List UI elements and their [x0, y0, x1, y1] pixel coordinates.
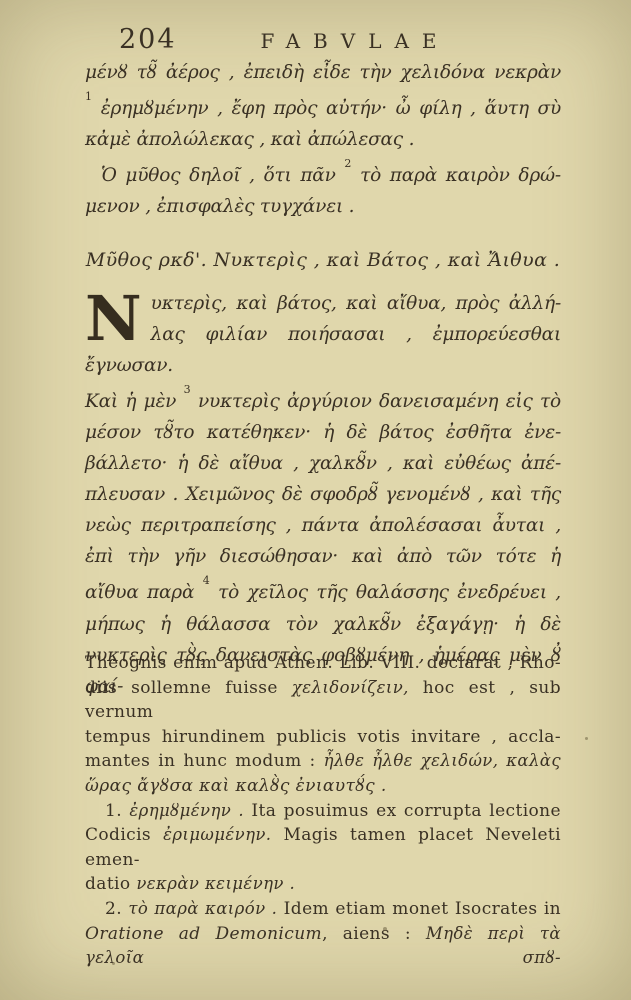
text-line: ἐπὶ τὴν γῆν διεσώθησαν· καὶ ἀπὸ τῶν τότε… [85, 541, 561, 572]
text-line: βάλλετο· ἡ δὲ αἴθυα , χαλκȣ̃ν , καὶ εὐθέ… [85, 448, 561, 479]
footnote-line: ὥρας ἄγȣσα καὶ καλȣ̀ς ἐνιαυτȣ́ς . [85, 774, 561, 799]
footnote-number: 1. [105, 801, 122, 821]
text-segment: αἴθυα παρὰ [85, 583, 194, 604]
footnote-1-line: datio νεκρὰν κειμένην . [85, 872, 561, 897]
text-line: λας φιλίαν ποιήσασαι , ἐμπορεύεσθαι ἔγνω… [85, 319, 561, 381]
text-segment: Idem etiam monet Isocrates in [284, 899, 561, 919]
fable-heading: Μῦθος ρκδ'. Νυκτερὶς , καὶ Βάτος , καὶ Ἄ… [85, 249, 561, 271]
drop-cap-initial: N [85, 290, 142, 350]
footnote-marker-3: 3 [184, 383, 191, 396]
text-segment: diis sollemne fuisse [85, 678, 278, 698]
text-line: Ὁ μῦθος δηλοῖ , ὅτι πᾶν 2 τὸ παρὰ καιρὸν… [85, 155, 561, 191]
greek-quote: νεκρὰν κειμένην . [136, 874, 295, 893]
footnote-2-line: Oratione ad Demonicum, aiens : Μηδὲ περὶ… [85, 922, 561, 971]
greek-lemma: ἐρημȣμένην . [129, 801, 244, 820]
text-segment: datio [85, 874, 131, 894]
text-segment: ἐρημȣμένην , ἔφη πρὸς αὐτήν· ὦ φίλη , ἅυ… [101, 98, 561, 119]
text-segment: Codicis [85, 825, 151, 845]
text-line: μήπως ἡ θάλασσα τὸν χαλκȣ̃ν ἐξαγάγῃ· ἡ δ… [85, 609, 561, 640]
footnote-line: mantes in hunc modum : ἦλθε ἦλθε χελιδών… [85, 749, 561, 774]
previous-fable-ending-paragraph: μένȣ τȣ̃ ἀέρος , ἐπειδὴ εἶδε τὴν χελιδόν… [85, 57, 561, 155]
paper-speck [383, 927, 387, 931]
paper-speck [112, 962, 115, 965]
text-line: μένȣ τȣ̃ ἀέρος , ἐπειδὴ εἶδε τὴν χελιδόν… [85, 57, 561, 88]
text-line: μενον , ἐπισφαλὲς τυγχάνει . [85, 191, 561, 222]
footnote-marker-2: 2 [344, 157, 351, 170]
greek-quote: ἐριμωμένην. [163, 825, 271, 844]
text-segment: mantes in hunc modum : [85, 751, 316, 771]
footnote-marker-1: 1 [85, 90, 92, 103]
footnote-2-line: 2. τὸ παρὰ καιρόν . Idem etiam monet Iso… [85, 897, 561, 922]
page-number: 204 [119, 24, 177, 55]
main-text-column: μένȣ τȣ̃ ἀέρος , ἐπειδὴ εἶδε τὴν χελιδόν… [85, 57, 561, 702]
text-segment: , aiens : [322, 924, 411, 944]
footnote-number: 2. [105, 899, 122, 919]
fable-body: N υκτερὶς, καὶ βάτος, καὶ αἴθυα, πρὸς ἀλ… [85, 288, 561, 701]
text-line: μέσον τȣ̃το κατέθηκεν· ἡ δὲ βάτος ἐσθῆτα… [85, 417, 561, 448]
footnote-marker-4: 4 [203, 574, 210, 587]
work-title-italic: Oratione ad Demonicum [85, 924, 322, 944]
moral-paragraph: Ὁ μῦθος δηλοῖ , ὅτι πᾶν 2 τὸ παρὰ καιρὸν… [85, 155, 561, 222]
text-line: νεὼς περιτραπείσης , πάντα ἀπολέσασαι ἆυ… [85, 510, 561, 541]
footnotes-block: Theognis enim apud Athen. Lib. VIII. dec… [85, 651, 561, 971]
book-page-scan: 204 FABVLAE μένȣ τȣ̃ ἀέρος , ἐπειδὴ εἶδε… [0, 0, 631, 1000]
greek-quote: χελιδονίζειν, [292, 678, 409, 697]
text-line: υκτερὶς, καὶ βάτος, καὶ αἴθυα, πρὸς ἀλλή… [85, 288, 561, 319]
footnote-line: tempus hirundinem publicis votis invitar… [85, 725, 561, 750]
page-header: 204 FABVLAE [85, 24, 561, 58]
running-title: FABVLAE [205, 29, 505, 53]
text-segment: Ita posuimus ex corrupta lectione [251, 801, 561, 821]
greek-lemma: τὸ παρὰ καιρόν . [128, 899, 277, 918]
text-line: αἴθυα παρὰ 4 τὸ χεῖλος τῆς θαλάσσης ἐνεδ… [85, 572, 561, 608]
paper-speck [532, 68, 535, 71]
text-line: 1 ἐρημȣμένην , ἔφη πρὸς αὐτήν· ὦ φίλη , … [85, 88, 561, 124]
paper-speck [585, 737, 588, 740]
footnote-line: diis sollemne fuisse χελιδονίζειν, hoc e… [85, 676, 561, 725]
footnote-1-line: Codicis ἐριμωμένην. Magis tamen placet N… [85, 823, 561, 872]
text-line: Καὶ ἡ μὲν 3 νυκτερὶς ἀργύριον δανεισαμέν… [85, 381, 561, 417]
greek-quote: ἦλθε ἦλθε χελιδών, καλὰς [324, 751, 561, 770]
text-line: κἀμὲ ἀπολώλεκας , καὶ ἀπώλεσας . [85, 124, 561, 155]
footnote-line: Theognis enim apud Athen. Lib. VIII. dec… [85, 651, 561, 676]
text-segment: Καὶ ἡ μὲν [85, 391, 176, 412]
text-segment: νυκτερὶς ἀργύριον δανεισαμένη εἰς τὸ [198, 391, 561, 412]
text-segment: τὸ παρὰ καιρὸν δρώ- [360, 165, 561, 186]
text-segment: Ὁ μῦθος δηλοῖ , ὅτι πᾶν [101, 165, 336, 186]
text-line: πλευσαν . Χειμῶνος δὲ σφοδρȣ̃ γενομένȣ ,… [85, 479, 561, 510]
text-segment: Magis tamen placet Neveleti emen- [85, 825, 561, 870]
footnote-1-line: 1. ἐρημȣμένην . Ita posuimus ex corrupta… [85, 799, 561, 824]
text-segment: τὸ χεῖλος τῆς θαλάσσης ἐνεδρέυει , [218, 583, 561, 604]
